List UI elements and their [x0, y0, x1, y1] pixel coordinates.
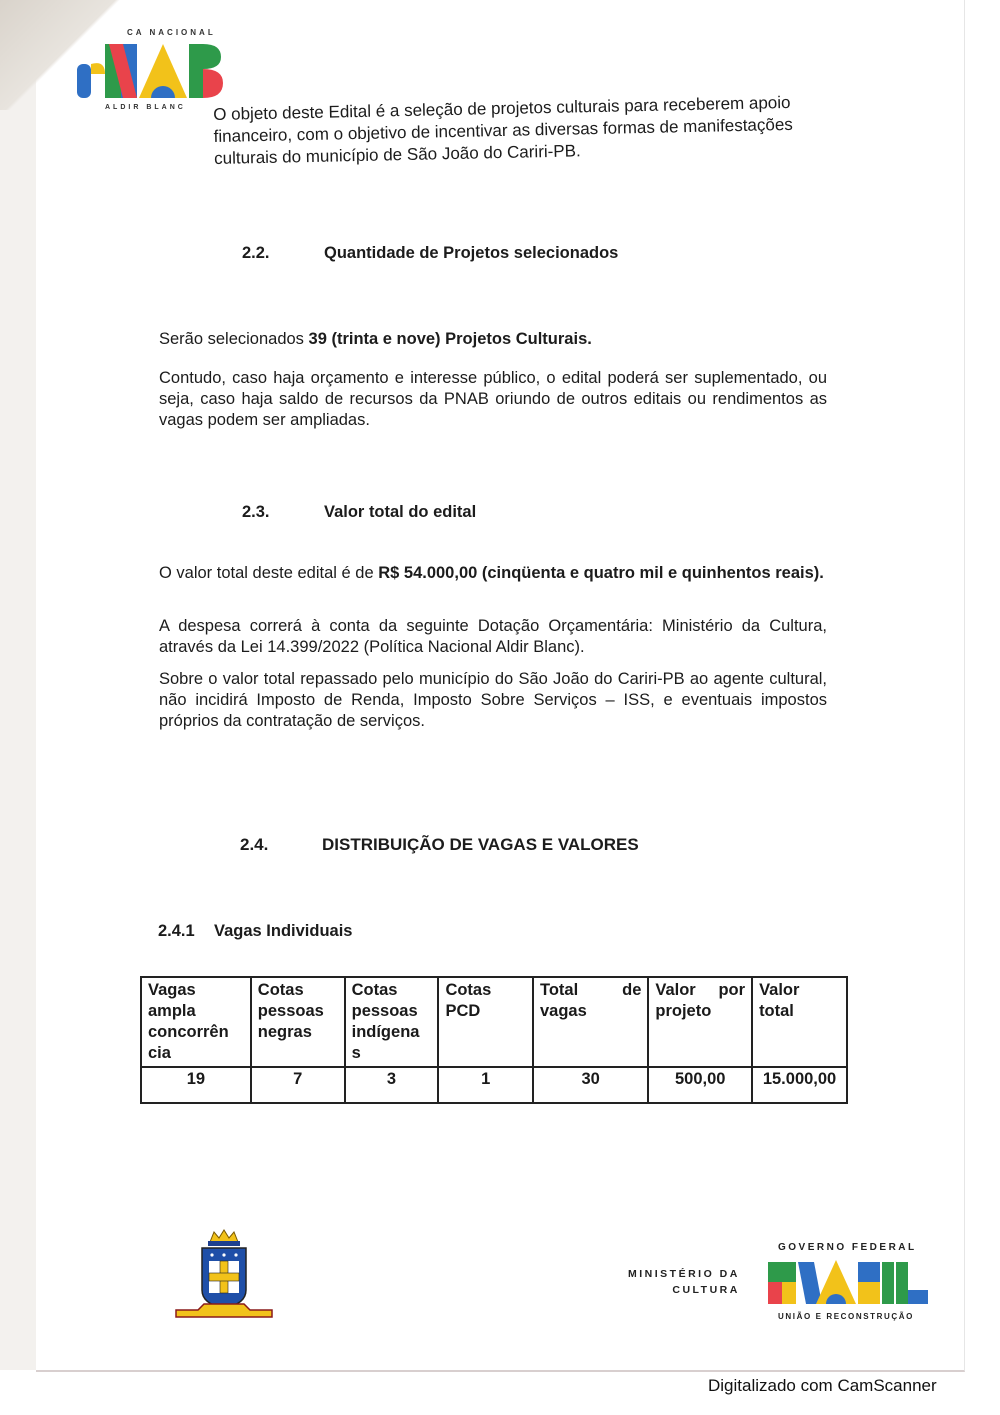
vagas-individuais-table: Vagasamplaconcorrência Cotaspessoasnegra… — [140, 976, 848, 1104]
budget-paragraph: A despesa correrá à conta da seguinte Do… — [159, 616, 827, 658]
section-number: 2.3. — [242, 503, 324, 522]
municipal-crest-logo — [172, 1228, 276, 1324]
section-title: Quantidade de Projetos selecionados — [324, 244, 618, 262]
camscanner-watermark: Digitalizado com CamScanner — [708, 1376, 937, 1396]
cell-cotas-negras: 7 — [251, 1067, 345, 1103]
ministry-line-1: MINISTÉRIO DA — [628, 1266, 740, 1282]
paragraph-text: O valor total deste edital é de — [159, 564, 378, 582]
header-cotas-indigenas: Cotaspessoasindígenas — [345, 977, 439, 1067]
supplement-paragraph: Contudo, caso haja orçamento e interesse… — [159, 368, 827, 431]
section-title: DISTRIBUIÇÃO DE VAGAS E VALORES — [322, 835, 639, 854]
section-2-3-heading: 2.3.Valor total do edital — [242, 503, 476, 522]
paragraph-bold-text: R$ 54.000,00 (cinqüenta e quatro mil e q… — [378, 564, 824, 582]
header-total-vagas: Totaldevagas — [533, 977, 648, 1067]
header-ampla-concorrencia: Vagasamplaconcorrência — [141, 977, 251, 1067]
section-number: 2.4. — [240, 835, 322, 855]
subsection-2-4-1-heading: 2.4.1Vagas Individuais — [158, 922, 352, 941]
section-number: 2.2. — [242, 244, 324, 263]
header-cotas-pcd: CotasPCD — [438, 977, 533, 1067]
section-2-4-heading: 2.4.DISTRIBUIÇÃO DE VAGAS E VALORES — [240, 835, 639, 855]
subsection-title: Vagas Individuais — [214, 922, 352, 940]
paragraph-text: Serão selecionados — [159, 330, 309, 348]
section-2-2-heading: 2.2.Quantidade de Projetos selecionados — [242, 244, 618, 263]
table-header-row: Vagasamplaconcorrência Cotaspessoasnegra… — [141, 977, 847, 1067]
governo-federal-logo: GOVERNO FEDERAL UNIÃO E RECONSTRUÇÃO — [766, 1242, 931, 1330]
intro-paragraph: O objeto deste Edital é a seleção de pro… — [213, 91, 830, 170]
subsection-number: 2.4.1 — [158, 922, 214, 941]
total-value-paragraph: O valor total deste edital é de R$ 54.00… — [159, 563, 827, 584]
cell-total-vagas: 30 — [533, 1067, 648, 1103]
cell-valor-projeto: 500,00 — [648, 1067, 752, 1103]
coat-of-arms-icon — [172, 1228, 276, 1324]
pnab-wordmark-icon — [75, 38, 225, 104]
logo-bottom-text: ALDIR BLANC — [105, 104, 186, 111]
table-row: 19 7 3 1 30 500,00 15.000,00 — [141, 1067, 847, 1103]
gov-top-text: GOVERNO FEDERAL — [778, 1242, 917, 1253]
section-title: Valor total do edital — [324, 503, 476, 521]
brasil-wordmark-icon — [766, 1258, 931, 1310]
cell-valor-total: 15.000,00 — [752, 1067, 847, 1103]
cell-cotas-indigenas: 3 — [345, 1067, 439, 1103]
gov-bottom-text: UNIÃO E RECONSTRUÇÃO — [778, 1312, 914, 1321]
tax-paragraph: Sobre o valor total repassado pelo munic… — [159, 669, 827, 732]
pnab-logo: CA NACIONAL ALDIR BLANC — [75, 24, 225, 114]
scan-background-strip — [0, 0, 36, 1370]
header-valor-total: Valortotal — [752, 977, 847, 1067]
paragraph-bold-text: 39 (trinta e nove) Projetos Culturais. — [309, 330, 592, 348]
ministry-line-2: CULTURA — [628, 1282, 740, 1298]
logo-top-text: CA NACIONAL — [127, 28, 216, 37]
ministry-culture-label: MINISTÉRIO DA CULTURA — [628, 1266, 740, 1298]
header-valor-projeto: Valorporprojeto — [648, 977, 752, 1067]
selected-projects-paragraph: Serão selecionados 39 (trinta e nove) Pr… — [159, 329, 829, 350]
cell-ampla-concorrencia: 19 — [141, 1067, 251, 1103]
cell-cotas-pcd: 1 — [438, 1067, 533, 1103]
header-cotas-negras: Cotaspessoasnegras — [251, 977, 345, 1067]
